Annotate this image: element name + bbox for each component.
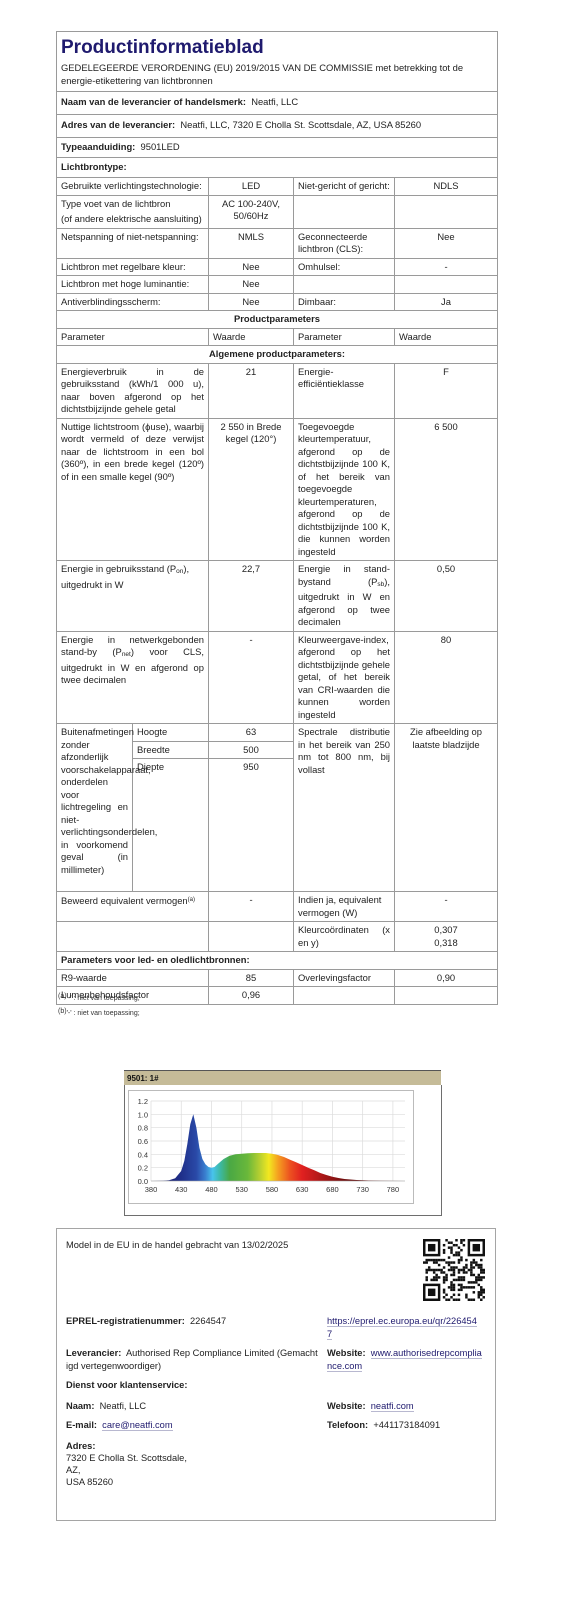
- param-label: Lichtbron met regelbare kleur:: [57, 258, 209, 276]
- svg-text:0.6: 0.6: [138, 1137, 148, 1146]
- param-label: Niet-gericht of gericht:: [294, 178, 395, 196]
- service-heading: Dienst voor klantenservice:: [66, 1379, 187, 1392]
- svg-text:0.2: 0.2: [138, 1164, 148, 1173]
- survival-value: 0,90: [395, 969, 498, 987]
- phone-value: +441173184091: [373, 1420, 440, 1430]
- cri-value: 80: [395, 631, 498, 724]
- svg-text:1.2: 1.2: [138, 1097, 148, 1106]
- equiv-label: Beweerd equivalent vermogen: [61, 895, 188, 906]
- equiv-value: -: [209, 892, 294, 922]
- pon-label: Energie in gebruiksstand (P: [61, 563, 176, 574]
- table-row: Energieverbruik in de gebruiksstand (kWh…: [57, 363, 498, 418]
- r9-value: 85: [209, 969, 294, 987]
- svg-text:580: 580: [266, 1185, 279, 1194]
- dim-value: 950: [209, 759, 294, 892]
- eprel-value: 2264547: [190, 1316, 226, 1326]
- dim-name: Diepte: [133, 759, 209, 892]
- product-info-sheet: Productinformatieblad GEDELEGEERDE VEROR…: [56, 31, 497, 1005]
- col-header-param: Parameter: [57, 328, 209, 346]
- service-name-label: Naam:: [66, 1401, 94, 1411]
- param-label: Geconnecteerde lichtbron (CLS):: [294, 228, 395, 258]
- email-label: E-mail:: [66, 1420, 97, 1430]
- address-line: USA 85260: [66, 1476, 187, 1488]
- equiv-w-label: Indien ja, equivalent vermogen (W): [294, 892, 395, 922]
- spectrum-chart: 0.00.20.40.60.81.01.23804304805305806306…: [128, 1090, 414, 1204]
- flux-label: Nuttige lichtstroom (ϕuse), waarbij word…: [57, 418, 209, 561]
- cct-value: 6 500: [395, 418, 498, 561]
- address-line: AZ,: [66, 1464, 187, 1476]
- dim-name: Hoogte: [133, 724, 209, 742]
- svg-text:680: 680: [326, 1185, 339, 1194]
- regulation-text: GEDELEGEERDE VERORDENING (EU) 2019/2015 …: [61, 62, 493, 89]
- footnotes: (a)'-' : niet van toepassing; (b)'-' : n…: [58, 990, 140, 1020]
- table-row: R9-waarde 85 Overlevingsfactor 0,90: [57, 969, 498, 987]
- param-label: Type voet van de lichtbron: [61, 198, 204, 211]
- svg-text:1.0: 1.0: [138, 1110, 148, 1119]
- cri-label: Kleurweergave-index, afgerond op het dic…: [294, 631, 395, 724]
- chart-title: 9501: 1#: [124, 1070, 441, 1085]
- table-row: Lichtbron met regelbare kleur: Nee Omhul…: [57, 258, 498, 276]
- svg-text:380: 380: [145, 1185, 158, 1194]
- param-label: [294, 276, 395, 294]
- svg-text:780: 780: [387, 1185, 400, 1194]
- model-value: 9501LED: [141, 141, 180, 152]
- param-label: Netspanning of niet-netspanning:: [57, 228, 209, 258]
- dim-name: Breedte: [133, 741, 209, 759]
- energy-use-value: 21: [209, 363, 294, 418]
- energy-class-value: F: [395, 363, 498, 418]
- svg-text:480: 480: [205, 1185, 218, 1194]
- r9-label: R9-waarde: [57, 969, 209, 987]
- param-value: Nee: [209, 293, 294, 311]
- service-name-value: Neatfi, LLC: [100, 1401, 147, 1411]
- spectral-value: Zie afbeelding op laatste bladzijde: [395, 724, 498, 892]
- lightsource-heading: Lichtbrontype:: [61, 161, 127, 172]
- pnet-sub: net: [122, 651, 131, 658]
- param-value: LED: [209, 178, 294, 196]
- page-title: Productinformatieblad: [61, 34, 493, 59]
- param-value: -: [395, 258, 498, 276]
- placed-on-market: Model in de EU in de handel gebracht van…: [66, 1239, 288, 1252]
- psb-value: 0,50: [395, 561, 498, 632]
- eprel-link[interactable]: https://eprel.ec.europa.eu/qr/2264547: [327, 1316, 477, 1340]
- svg-text:530: 530: [235, 1185, 248, 1194]
- chroma-x: 0,307: [399, 924, 493, 937]
- supplier-name-label: Naam van de leverancier of handelsmerk:: [61, 96, 246, 107]
- pon-value: 22,7: [209, 561, 294, 632]
- table-row: Kleurcoördinaten (x en y) 0,3070,318: [57, 922, 498, 952]
- dims-label: Buitenafmetingen zonder afzonderlijk voo…: [57, 724, 133, 892]
- address-label: Adres:: [66, 1440, 187, 1452]
- product-info-table: Productinformatieblad GEDELEGEERDE VEROR…: [56, 31, 498, 1005]
- svg-text:0.8: 0.8: [138, 1124, 148, 1133]
- param-value: Ja: [395, 293, 498, 311]
- supplier-address-value: Neatfi, LLC, 7320 E Cholla St. Scottsdal…: [180, 119, 421, 130]
- param-value: Nee: [209, 276, 294, 294]
- param-label-note: (of andere elektrische aansluiting): [61, 213, 204, 226]
- footnote-mark: (b): [58, 1008, 67, 1015]
- equiv-w-value: -: [395, 892, 498, 922]
- spectral-label: Spectrale distributie in het bereik van …: [294, 724, 395, 892]
- footer-panel: Model in de EU in de handel gebracht van…: [56, 1228, 496, 1521]
- phone-label: Telefoon:: [327, 1420, 368, 1430]
- table-row: Type voet van de lichtbron(of andere ele…: [57, 195, 498, 228]
- param-label: Omhulsel:: [294, 258, 395, 276]
- param-value: [395, 195, 498, 228]
- dim-value: 63: [209, 724, 294, 742]
- service-website-label: Website:: [327, 1401, 366, 1411]
- col-header-param: Parameter: [294, 328, 395, 346]
- table-row: Energie in gebruiksstand (Pon), uitgedru…: [57, 561, 498, 632]
- pnet-value: -: [209, 631, 294, 724]
- address-line: 7320 E Cholla St. Scottsdale,: [66, 1452, 187, 1464]
- energy-class-label: Energie-efficiëntieklasse: [294, 363, 395, 418]
- supplier-name-value: Neatfi, LLC: [251, 96, 298, 107]
- param-value: NDLS: [395, 178, 498, 196]
- param-label: Lichtbron met hoge luminantie:: [57, 276, 209, 294]
- param-label: Dimbaar:: [294, 293, 395, 311]
- lumen-value: 0,96: [209, 987, 294, 1005]
- table-row: Antiverblindingsscherm: Nee Dimbaar: Ja: [57, 293, 498, 311]
- param-value: NMLS: [209, 228, 294, 258]
- table-row: Beweerd equivalent vermogen(a) - Indien …: [57, 892, 498, 922]
- footnote: (a)'-' : niet van toepassing;: [58, 990, 140, 1005]
- param-value: AC 100-240V, 50/60Hz: [209, 195, 294, 228]
- param-value: Nee: [395, 228, 498, 258]
- footnote-mark: (a): [58, 993, 67, 1000]
- footnote-text: '-' : niet van toepassing;: [67, 995, 140, 1002]
- footnote: (b)'-' : niet van toepassing;: [58, 1005, 140, 1020]
- param-label: Antiverblindingsscherm:: [57, 293, 209, 311]
- eprel-label: EPREL-registratienummer:: [66, 1316, 185, 1326]
- cct-label: Toegevoegde kleurtemperatuur, afgerond o…: [294, 418, 395, 561]
- qr-code-icon[interactable]: [423, 1239, 485, 1301]
- email-link[interactable]: care@neatfi.com: [102, 1420, 172, 1431]
- rep-label: Leverancier:: [66, 1348, 121, 1358]
- energy-use-label: Energieverbruik in de gebruiksstand (kWh…: [57, 363, 209, 418]
- table-row: Energie in netwerkgebonden stand-by (Pne…: [57, 631, 498, 724]
- dim-value: 500: [209, 741, 294, 759]
- param-value: Nee: [209, 258, 294, 276]
- footnote-text: '-' : niet van toepassing;: [67, 1010, 140, 1017]
- param-label: [294, 195, 395, 228]
- params-heading: Productparameters: [57, 311, 498, 329]
- svg-text:0.4: 0.4: [138, 1150, 148, 1159]
- rep-website-label: Website:: [327, 1348, 366, 1358]
- chroma-y: 0,318: [399, 937, 493, 950]
- chroma-label: Kleurcoördinaten (x en y): [294, 922, 395, 952]
- supplier-address-label: Adres van de leverancier:: [61, 119, 175, 130]
- flux-value: 2 550 in Brede kegel (120°): [209, 418, 294, 561]
- svg-text:630: 630: [296, 1185, 309, 1194]
- service-website-link[interactable]: neatfi.com: [371, 1401, 414, 1412]
- svg-text:430: 430: [175, 1185, 188, 1194]
- equiv-footnote-mark: (a): [188, 897, 195, 903]
- general-params-heading: Algemene productparameters:: [57, 346, 498, 364]
- svg-text:730: 730: [356, 1185, 369, 1194]
- table-row: Lichtbron met hoge luminantie: Nee: [57, 276, 498, 294]
- table-row: Nuttige lichtstroom (ϕuse), waarbij word…: [57, 418, 498, 561]
- led-params-heading: Parameters voor led- en oledlichtbronnen…: [57, 952, 498, 970]
- table-row: Buitenafmetingen zonder afzonderlijk voo…: [57, 724, 498, 742]
- param-label: Gebruikte verlichtingstechnologie:: [57, 178, 209, 196]
- survival-label: Overlevingsfactor: [294, 969, 395, 987]
- spectrum-plot: 0.00.20.40.60.81.01.23804304805305806306…: [129, 1091, 413, 1203]
- table-header-row: Parameter Waarde Parameter Waarde: [57, 328, 498, 346]
- param-value: [395, 276, 498, 294]
- table-row: Netspanning of niet-netspanning: NMLS Ge…: [57, 228, 498, 258]
- col-header-value: Waarde: [209, 328, 294, 346]
- model-label: Typeaanduiding:: [61, 141, 135, 152]
- header-cell: Productinformatieblad GEDELEGEERDE VEROR…: [57, 32, 498, 92]
- table-row: Gebruikte verlichtingstechnologie: LED N…: [57, 178, 498, 196]
- col-header-value: Waarde: [395, 328, 498, 346]
